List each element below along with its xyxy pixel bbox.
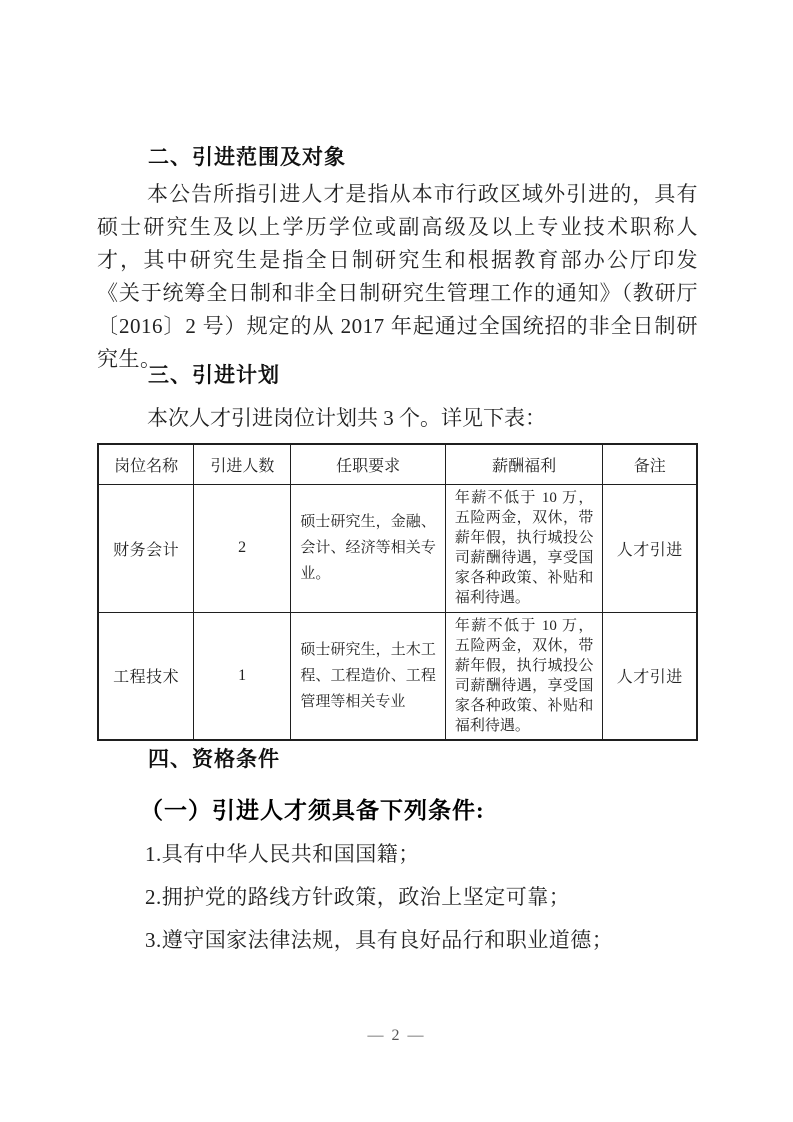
section-heading-plan: 三、引进计划	[148, 363, 280, 388]
cell-count: 2	[194, 484, 291, 612]
cell-note: 人才引进	[603, 612, 697, 740]
col-header-salary: 薪酬福利	[445, 444, 603, 484]
col-header-note: 备注	[603, 444, 697, 484]
table-row: 财务会计 2 硕士研究生，金融、会计、经济等相关专业。 年薪不低于 10 万，五…	[98, 484, 697, 612]
condition-item: 2.拥护党的路线方针政策，政治上坚定可靠；	[145, 886, 685, 909]
section-heading-qualifications: 四、资格条件	[148, 747, 280, 772]
document-page: 二、引进范围及对象 本公告所指引进人才是指从本市行政区域外引进的，具有硕士研究生…	[0, 0, 793, 1122]
recruitment-plan-table: 岗位名称 引进人数 任职要求 薪酬福利 备注 财务会计 2 硕士研究生，金融、会…	[97, 443, 698, 741]
table-row: 工程技术 1 硕士研究生，土木工程、工程造价、工程管理等相关专业 年薪不低于 1…	[98, 612, 697, 740]
page-number: — 2 —	[0, 1027, 793, 1045]
scope-paragraph: 本公告所指引进人才是指从本市行政区域外引进的，具有硕士研究生及以上学历学位或副高…	[97, 178, 698, 376]
cell-salary: 年薪不低于 10 万，五险两金，双休，带薪年假，执行城投公司薪酬待遇，享受国家各…	[445, 484, 603, 612]
table-header-row: 岗位名称 引进人数 任职要求 薪酬福利 备注	[98, 444, 697, 484]
condition-item: 3.遵守国家法律法规，具有良好品行和职业道德；	[145, 929, 685, 952]
subsection-heading-conditions: （一）引进人才须具备下列条件:	[140, 792, 485, 825]
col-header-post: 岗位名称	[98, 444, 194, 484]
cell-post: 财务会计	[98, 484, 194, 612]
col-header-count: 引进人数	[194, 444, 291, 484]
condition-list: 1.具有中华人民共和国国籍； 2.拥护党的路线方针政策，政治上坚定可靠； 3.遵…	[145, 843, 685, 972]
plan-intro-line: 本次人才引进岗位计划共 3 个。详见下表：	[97, 406, 698, 430]
col-header-requirements: 任职要求	[291, 444, 446, 484]
cell-count: 1	[194, 612, 291, 740]
cell-post: 工程技术	[98, 612, 194, 740]
cell-requirements: 硕士研究生，金融、会计、经济等相关专业。	[291, 484, 446, 612]
condition-item: 1.具有中华人民共和国国籍；	[145, 843, 685, 866]
cell-note: 人才引进	[603, 484, 697, 612]
cell-salary: 年薪不低于 10 万，五险两金，双休，带薪年假，执行城投公司薪酬待遇，享受国家各…	[445, 612, 603, 740]
cell-requirements: 硕士研究生，土木工程、工程造价、工程管理等相关专业	[291, 612, 446, 740]
section-heading-scope: 二、引进范围及对象	[148, 145, 346, 170]
